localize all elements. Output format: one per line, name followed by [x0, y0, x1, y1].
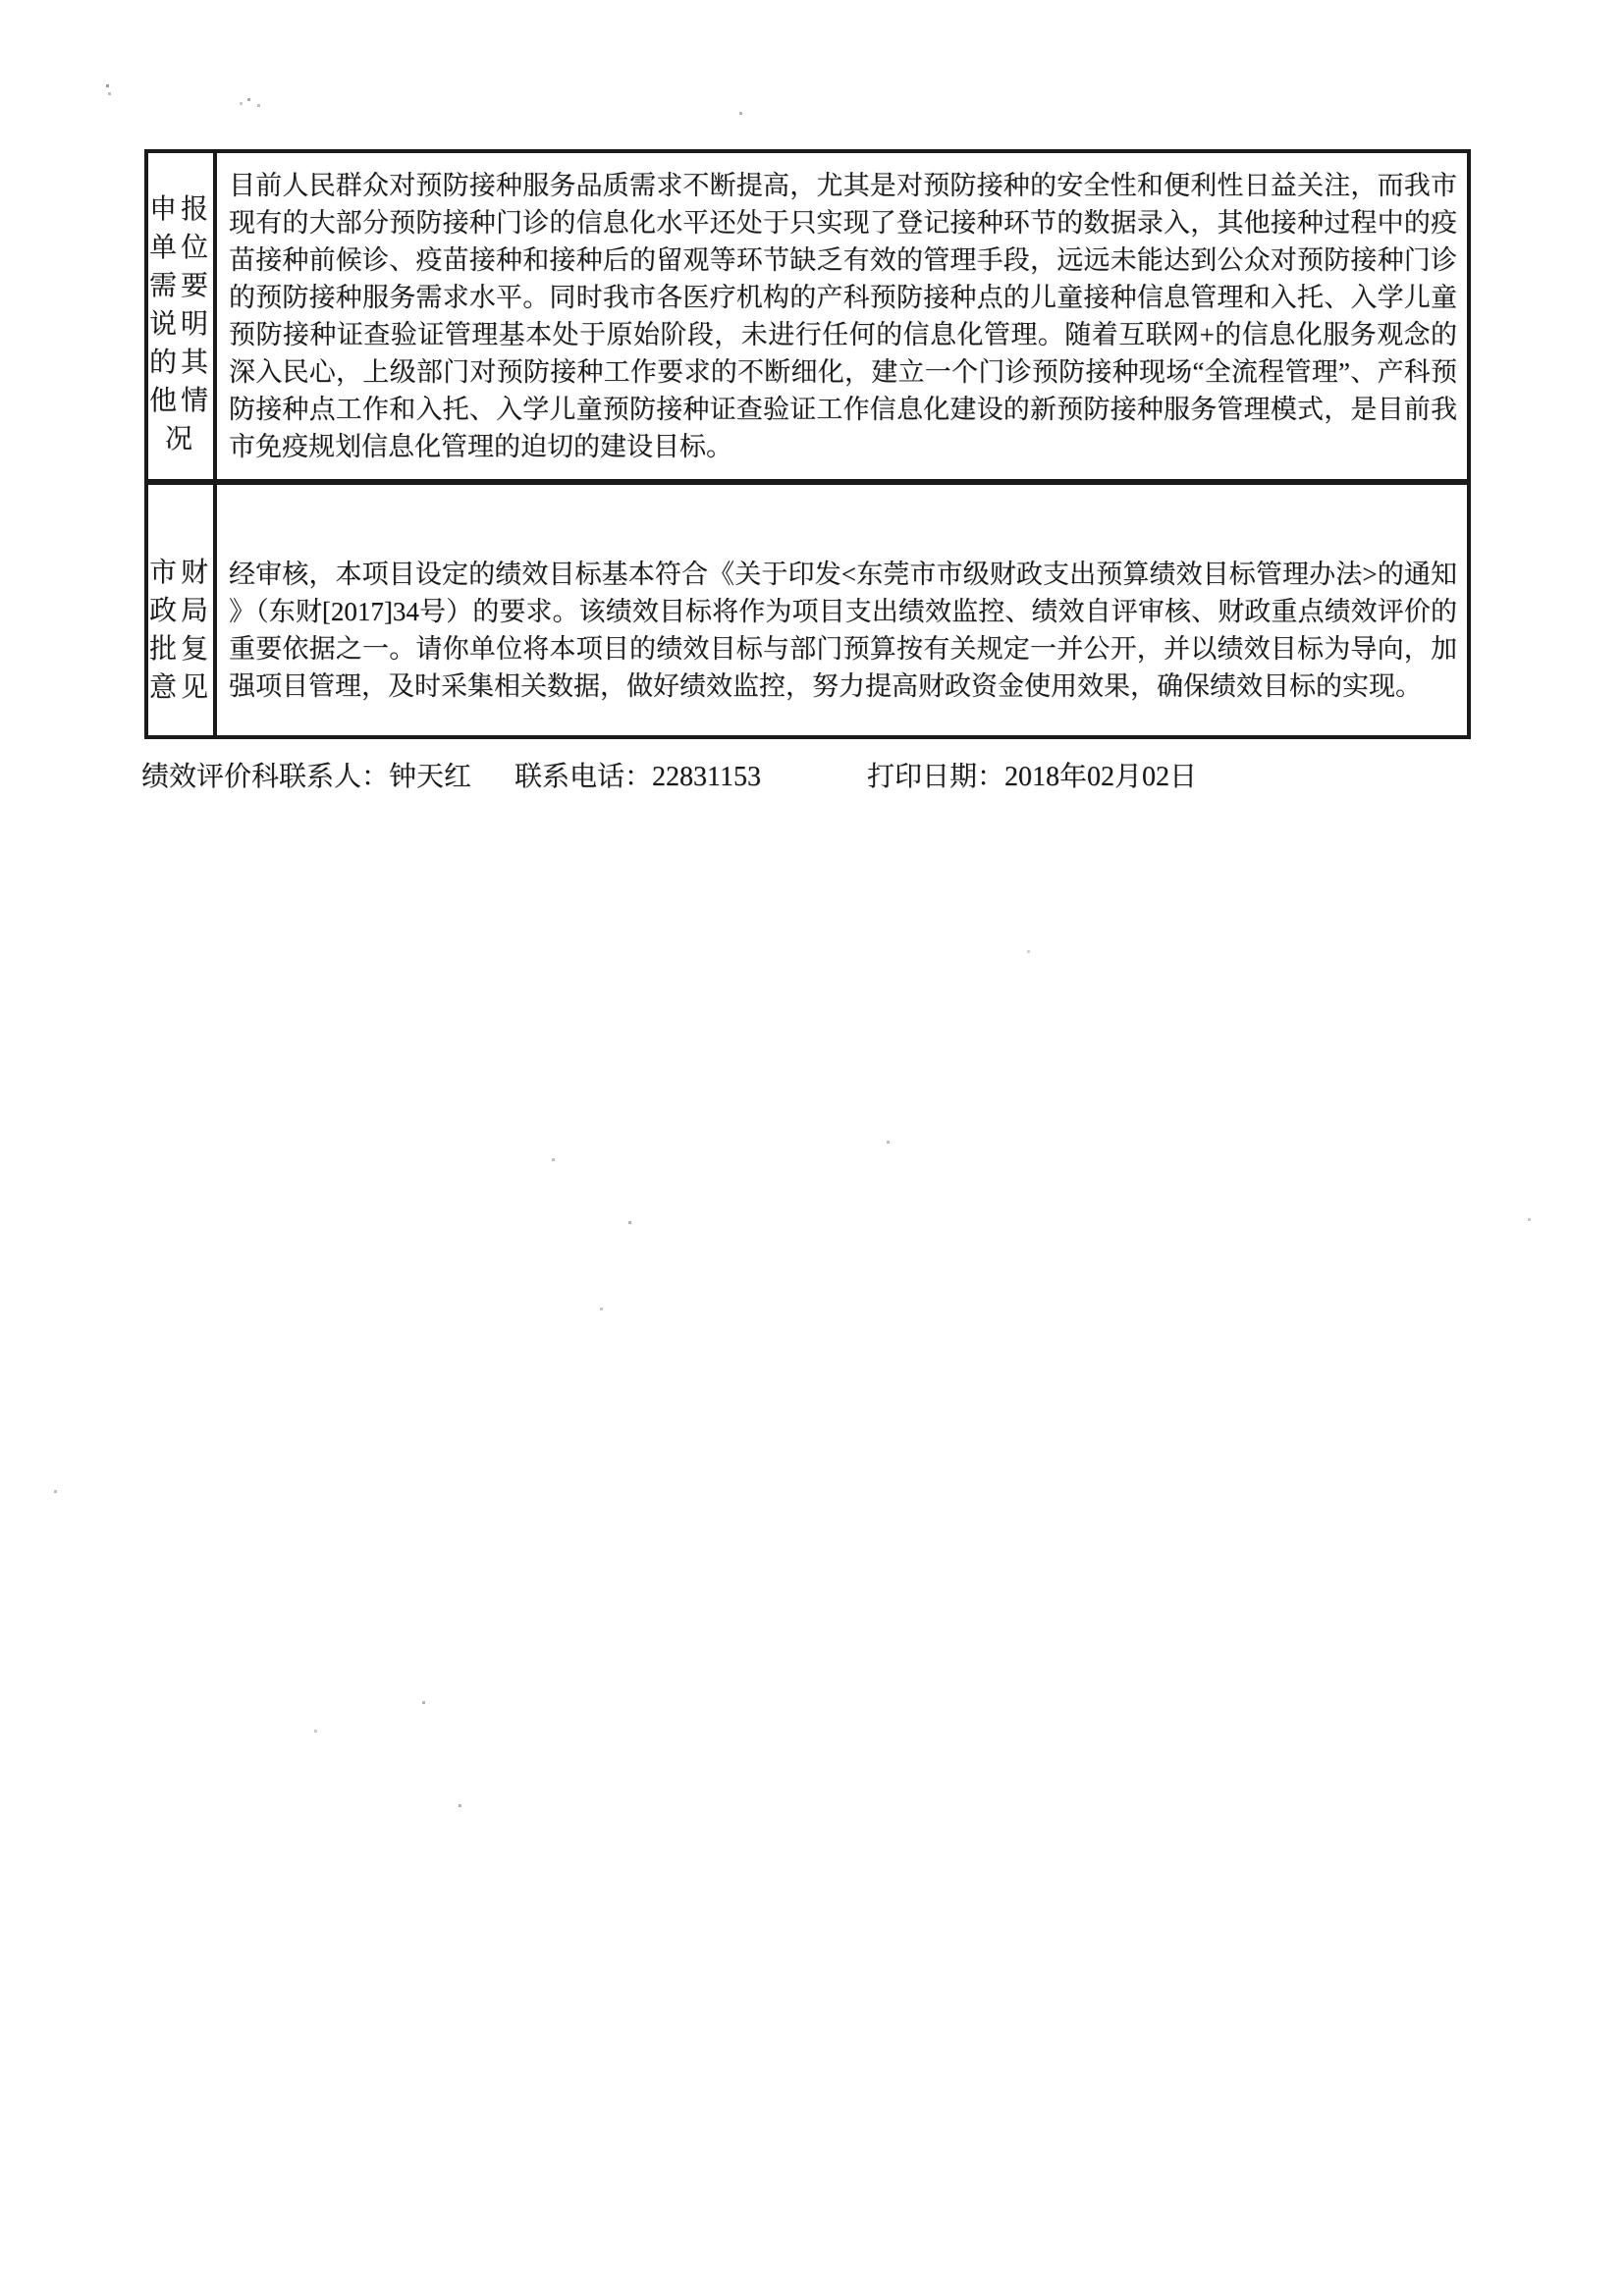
contact-person-label: 绩效评价科联系人：: [141, 762, 389, 792]
print-date-label: 打印日期：: [867, 762, 1004, 792]
contact-person-name: 钟天红: [389, 762, 471, 792]
row-content-cell-finance-bureau-opinion: 经审核，本项目设定的绩效目标基本符合《关于印发<东莞市市级财政支出预算绩效目标管…: [217, 485, 1467, 735]
row-content-finance-bureau-opinion: 经审核，本项目设定的绩效目标基本符合《关于印发<东莞市市级财政支出预算绩效目标管…: [229, 556, 1457, 705]
contact-phone-label: 联系电话：: [514, 762, 652, 792]
row-label-finance-bureau-opinion: 市财政局批复意见: [148, 554, 213, 707]
document-footer: 绩效评价科联系人：钟天红 联系电话：22831153 打印日期：2018年02月…: [0, 761, 1624, 802]
approval-info-table: 申报单位需要说明的其他情况 目前人民群众对预防接种服务品质需求不断提高，尤其是对…: [144, 149, 1471, 739]
scan-noise-specks: [0, 0, 3, 3]
contact-person: 绩效评价科联系人：钟天红: [141, 761, 471, 794]
row-label-cell-finance-bureau-opinion: 市财政局批复意见: [148, 485, 217, 735]
row-content-cell-declaring-unit-notes: 目前人民群众对预防接种服务品质需求不断提高，尤其是对预防接种的安全性和便利性日益…: [217, 153, 1467, 479]
print-date: 打印日期：2018年02月02日: [867, 761, 1197, 794]
scanned-document-page: 申报单位需要说明的其他情况 目前人民群众对预防接种服务品质需求不断提高，尤其是对…: [0, 0, 1624, 2296]
contact-phone: 联系电话：22831153: [514, 761, 761, 794]
table-row-other-情况: 申报单位需要说明的其他情况 目前人民群众对预防接种服务品质需求不断提高，尤其是对…: [148, 153, 1467, 485]
table-row-finance-bureau-opinion: 市财政局批复意见 经审核，本项目设定的绩效目标基本符合《关于印发<东莞市市级财政…: [148, 485, 1467, 735]
print-date-value: 2018年02月02日: [1004, 762, 1197, 792]
row-label-cell-declaring-unit-notes: 申报单位需要说明的其他情况: [148, 153, 217, 479]
contact-phone-number: 22831153: [652, 762, 761, 792]
row-label-declaring-unit-notes: 申报单位需要说明的其他情况: [148, 190, 213, 458]
row-content-declaring-unit-notes: 目前人民群众对预防接种服务品质需求不断提高，尤其是对预防接种的安全性和便利性日益…: [229, 167, 1457, 465]
